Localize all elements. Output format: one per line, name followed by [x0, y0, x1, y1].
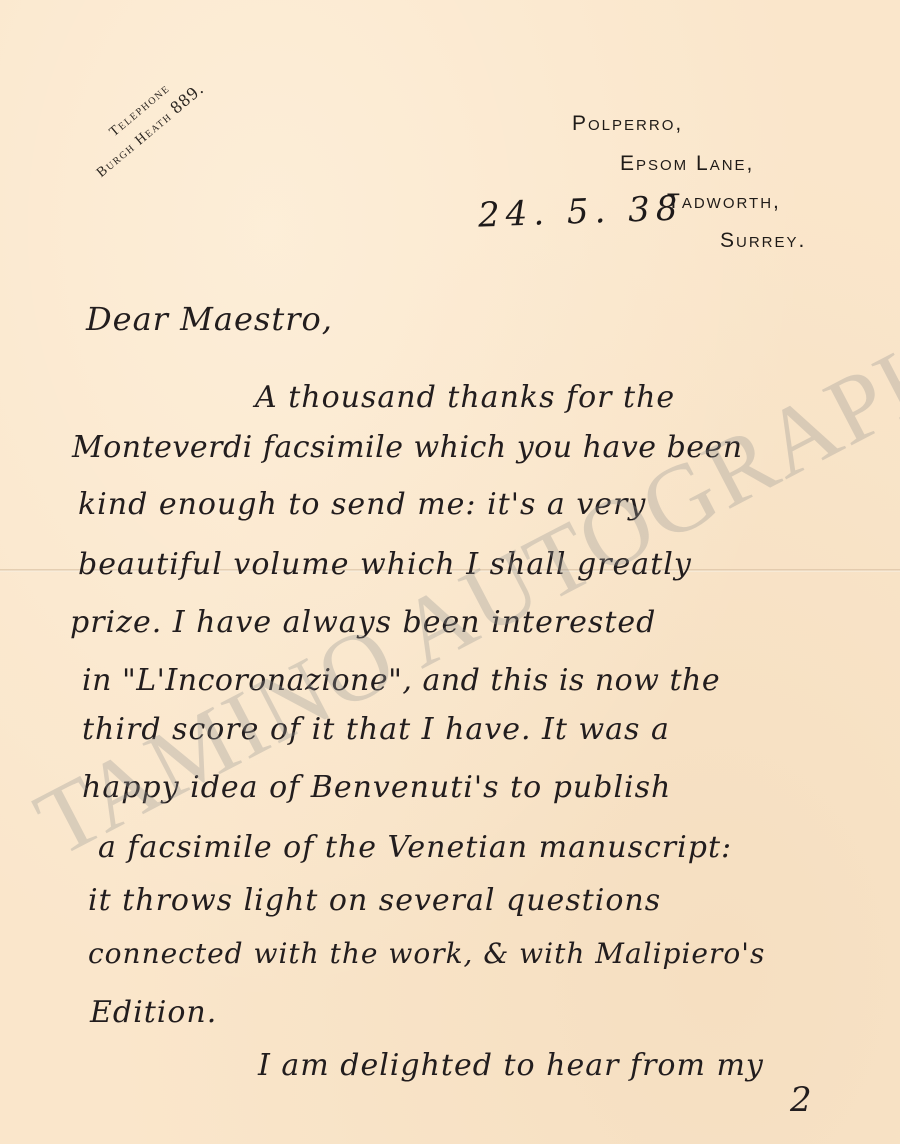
letter-line-8: happy idea of Benvenuti's to publish [82, 770, 671, 805]
address-line-1: Polperro, [572, 112, 683, 136]
letter-line-5: prize. I have always been interested [70, 605, 656, 640]
letter-date: 24. 5. 38 [477, 188, 684, 235]
letter-line-7: third score of it that I have. It was a [82, 712, 670, 747]
salutation: Dear Maestro, [86, 300, 333, 338]
address-line-3: Tadworth, [667, 190, 781, 214]
letter-line-13: I am delighted to hear from my [258, 1048, 764, 1083]
page-continuation-mark: 2 [790, 1080, 813, 1120]
letter-line-12: Edition. [90, 995, 217, 1030]
letter-line-10: it throws light on several questions [88, 883, 661, 918]
letter-line-3: kind enough to send me: it's a very [78, 487, 646, 522]
letter-line-2: Monteverdi facsimile which you have been [72, 430, 743, 465]
letter-line-4: beautiful volume which I shall greatly [78, 547, 692, 582]
letter-line-9: a facsimile of the Venetian manuscript: [98, 830, 732, 865]
address-line-4: Surrey. [720, 229, 806, 253]
address-line-2: Epsom Lane, [620, 152, 754, 176]
letter-line-6: in "L'Incoronazione", and this is now th… [82, 663, 720, 698]
letter-line-1: A thousand thanks for the [255, 380, 675, 415]
letter-line-11: connected with the work, & with Malipier… [88, 937, 765, 970]
